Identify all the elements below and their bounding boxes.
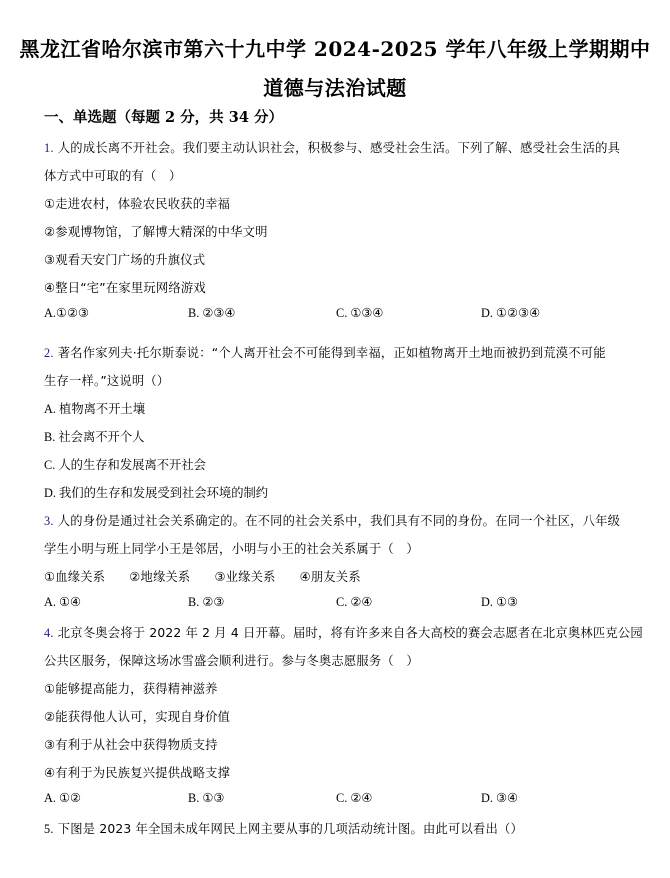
q3-option-d[interactable]: D. ①③ xyxy=(481,595,518,610)
q3-items-row: ①血缘关系②地缘关系③业缘关系④朋友关系 xyxy=(44,567,385,585)
q4-stem-line1: 4. 北京冬奥会将于 2022 年 2 月 4 日开幕。届时，将有许多来自各大高… xyxy=(44,623,643,641)
q3-item-3: ③业缘关系 xyxy=(214,567,275,585)
q3-option-c[interactable]: C. ②④ xyxy=(336,595,372,610)
q2-option-c[interactable]: C. 人的生存和发展离不开社会 xyxy=(44,455,206,473)
q1-item-2: ②参观博物馆，了解博大精深的中华文明 xyxy=(44,222,268,240)
q1-item-3: ③观看天安门广场的升旗仪式 xyxy=(44,250,205,268)
q4-stem-line2: 公共区服务，保障这场冰雪盛会顺利进行。参与冬奥志愿服务（ ） xyxy=(44,651,419,669)
exam-page: 黑龙江省哈尔滨市第六十九中学 2024-2025 学年八年级上学期期中 道德与法… xyxy=(0,0,670,878)
q2-option-b[interactable]: B. 社会离不开个人 xyxy=(44,427,144,445)
q3-number: 3. xyxy=(44,514,54,528)
q2-number: 2. xyxy=(44,346,54,360)
q1-option-d[interactable]: D. ①②③④ xyxy=(481,306,540,321)
q4-option-b[interactable]: B. ①③ xyxy=(188,791,224,806)
q2-stem-line2: 生存一样。”这说明（） xyxy=(44,371,169,389)
q1-stem-line2: 体方式中可取的有（ ） xyxy=(44,166,181,184)
q3-item-4: ④朋友关系 xyxy=(300,567,361,585)
q3-option-a[interactable]: A. ①④ xyxy=(44,595,81,610)
q5-number: 5. xyxy=(44,822,54,836)
q4-item-1: ①能够提高能力，获得精神滋养 xyxy=(44,679,218,697)
q4-item-3: ③有利于从社会中获得物质支持 xyxy=(44,735,218,753)
q4-option-a[interactable]: A. ①② xyxy=(44,791,81,806)
q1-item-1: ①走进农村，体验农民收获的幸福 xyxy=(44,194,230,212)
q1-item-4: ④整日“宅”在家里玩网络游戏 xyxy=(44,278,206,296)
q3-item-1: ①血缘关系 xyxy=(44,567,105,585)
q3-option-b[interactable]: B. ②③ xyxy=(188,595,224,610)
exam-title-line2: 道德与法治试题 xyxy=(0,72,670,101)
q5-stem-line1: 5. 下图是 2023 年全国未成年网民上网主要从事的几项活动统计图。由此可以看… xyxy=(44,819,523,837)
q4-item-4: ④有利于为民族复兴提供战略支撑 xyxy=(44,763,230,781)
q1-option-a[interactable]: A.①②③ xyxy=(44,306,89,321)
q1-stem-line1: 1. 人的成长离不开社会。我们要主动认识社会，积极参与、感受社会生活。下列了解、… xyxy=(44,138,620,156)
q2-option-d[interactable]: D. 我们的生存和发展受到社会环境的制约 xyxy=(44,483,268,501)
q2-stem-line1: 2. 著名作家列夫·托尔斯泰说：“个人离开社会不可能得到幸福，正如植物离开土地而… xyxy=(44,343,606,361)
q1-option-c[interactable]: C. ①③④ xyxy=(336,306,383,321)
q4-item-2: ②能获得他人认可，实现自身价值 xyxy=(44,707,230,725)
q2-option-a[interactable]: A. 植物离不开土壤 xyxy=(44,399,145,417)
exam-title-line1: 黑龙江省哈尔滨市第六十九中学 2024-2025 学年八年级上学期期中 xyxy=(0,33,670,62)
q3-stem-line1: 3. 人的身份是通过社会关系确定的。在不同的社会关系中，我们具有不同的身份。在同… xyxy=(44,511,620,529)
q3-stem-line2: 学生小明与班上同学小王是邻居，小明与小王的社会关系属于（ ） xyxy=(44,539,419,557)
q4-option-d[interactable]: D. ③④ xyxy=(481,791,518,806)
q3-item-2: ②地缘关系 xyxy=(129,567,190,585)
q4-number: 4. xyxy=(44,626,54,640)
q4-option-c[interactable]: C. ②④ xyxy=(336,791,372,806)
section-heading: 一、单选题（每题 2 分，共 34 分） xyxy=(44,106,283,127)
q1-option-b[interactable]: B. ②③④ xyxy=(188,306,235,321)
q1-number: 1. xyxy=(44,141,54,155)
